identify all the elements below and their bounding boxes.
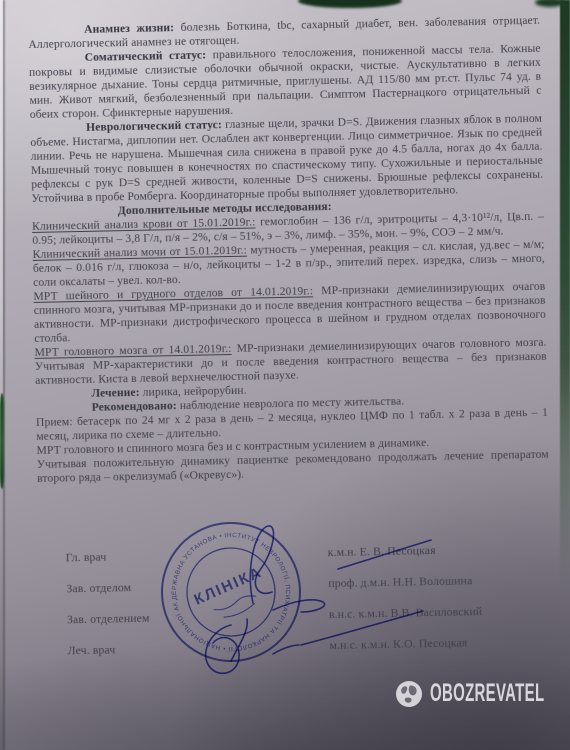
section-label: Соматический статус:	[85, 48, 207, 63]
watermark-brand-text: OBOZREVATEL	[430, 679, 544, 708]
section-label: Неврологический статус:	[86, 118, 222, 134]
section-label: Анамнез жизни:	[84, 21, 174, 36]
backdrop-green-left-sliver	[0, 393, 4, 489]
section-label: Лечение:	[91, 386, 140, 400]
globe-icon	[396, 681, 422, 707]
paper-left-edge-crease	[3, 0, 5, 750]
neurological-status-paragraph: Неврологический статус: глазные щели, зр…	[30, 112, 544, 206]
section-label: Рекомендовано:	[92, 399, 177, 414]
mri-spine-paragraph: МРТ шейного и грудного отделов от 14.01.…	[33, 280, 546, 346]
backdrop-green-right-edge	[560, 0, 570, 585]
scanned-medical-report-photo: Анамнез жизни: болезнь Боткина, tbc, сах…	[0, 0, 570, 750]
obozrevatel-watermark: OBOZREVATEL	[396, 679, 570, 708]
section-text: лирика, нейрорубин.	[140, 384, 247, 399]
somatic-status-paragraph: Соматический статус: правильного телосло…	[29, 42, 542, 122]
backdrop-green-top-edge	[298, 0, 402, 8]
